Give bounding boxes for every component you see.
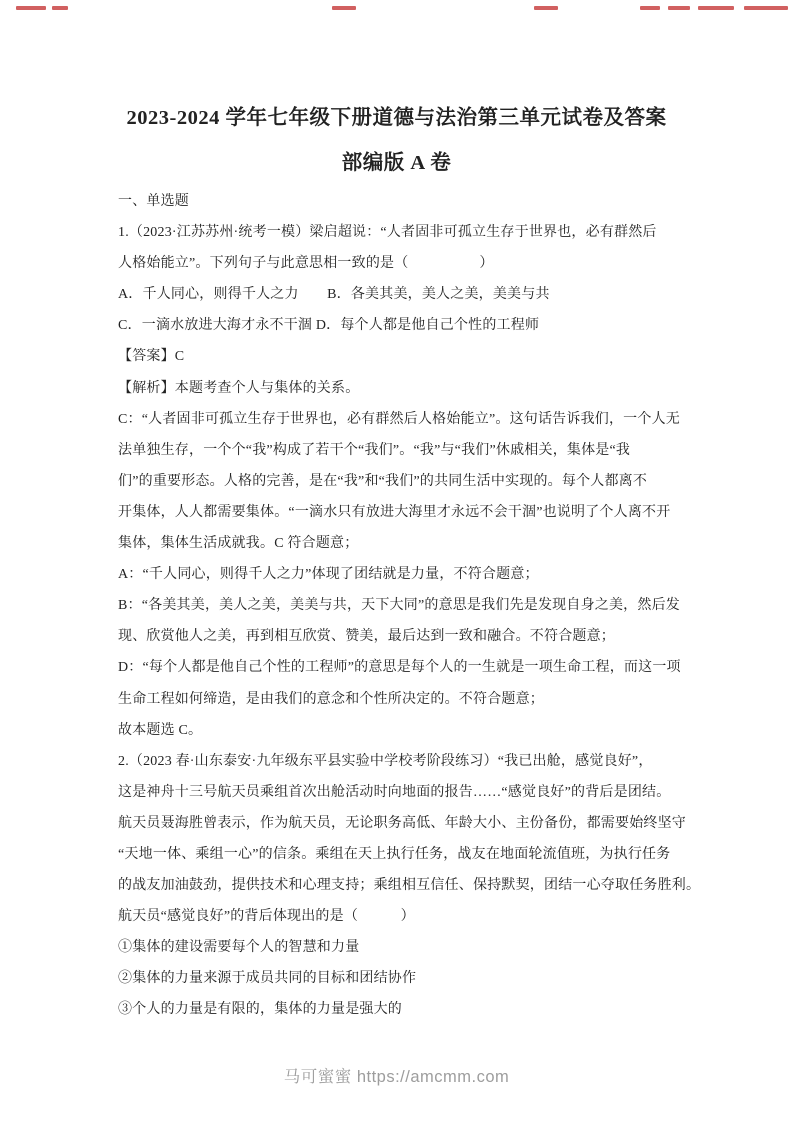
section-heading: 一、单选题 xyxy=(118,186,684,217)
q2-item-3: ③个人的力量是有限的，集体的力量是强大的 xyxy=(118,994,684,1025)
q1-analysis-d-line-2: 生命工程如何缔造，是由我们的意念和个性所决定的。不符合题意； xyxy=(118,684,684,715)
q1-analysis-b-line-1: B：“各美其美，美人之美，美美与共，天下大同”的意思是我们先是发现自身之美，然后… xyxy=(118,590,684,621)
red-crop-mark xyxy=(332,6,356,10)
q1-analysis-c-line-2: 法单独生存，一个个“我”构成了若干个“我们”。“我”与“我们”休戚相关，集体是“… xyxy=(118,435,684,466)
q1-analysis-c-line-1: C：“人者固非可孤立生存于世界也，必有群然后人格始能立”。这句话告诉我们，一个人… xyxy=(118,404,684,435)
q2-stem-line-4: “天地一体、乘组一心”的信条。乘组在天上执行任务，战友在地面轮流值班，为执行任务 xyxy=(118,839,684,870)
red-crop-mark xyxy=(698,6,734,10)
red-crop-mark xyxy=(52,6,68,10)
q2-stem-line-3: 航天员聂海胜曾表示，作为航天员，无论职务高低、年龄大小、主份备份，都需要始终坚守 xyxy=(118,808,684,839)
q2-stem-line-1: 2.（2023 春·山东泰安·九年级东平县实验中学校考阶段练习）“我已出舱，感觉… xyxy=(118,746,684,777)
q2-stem-line-5: 的战友加油鼓劲，提供技术和心理支持；乘组相互信任、保持默契，团结一心夺取任务胜利… xyxy=(118,870,684,901)
red-crop-mark xyxy=(640,6,660,10)
q1-answer: 【答案】C xyxy=(118,341,684,372)
q1-analysis-d-line-1: D：“每个人都是他自己个性的工程师”的意思是每个人的一生就是一项生命工程，而这一… xyxy=(118,652,684,683)
paper-body: 一、单选题 1.（2023·江苏苏州·统考一模）梁启超说：“人者固非可孤立生存于… xyxy=(118,186,684,1026)
q1-conclusion: 故本题选 C。 xyxy=(118,715,684,746)
q1-analysis-c-line-4: 开集体，人人都需要集体。“一滴水只有放进大海里才永远不会干涸”也说明了个人离不开 xyxy=(118,497,684,528)
q2-item-1: ①集体的建设需要每个人的智慧和力量 xyxy=(118,932,684,963)
q2-stem-line-6: 航天员“感觉良好”的背后体现出的是（ ） xyxy=(118,901,684,932)
q1-analysis-c-line-5: 集体，集体生活成就我。C 符合题意； xyxy=(118,528,684,559)
q2-stem-line-2: 这是神舟十三号航天员乘组首次出舱活动时向地面的报告……“感觉良好”的背后是团结。 xyxy=(118,777,684,808)
q1-analysis-intro: 【解析】本题考查个人与集体的关系。 xyxy=(118,373,684,404)
q1-stem-line-1: 1.（2023·江苏苏州·统考一模）梁启超说：“人者固非可孤立生存于世界也，必有… xyxy=(118,217,684,248)
watermark-footer: 马可蜜蜜 https://amcmm.com xyxy=(0,1063,793,1087)
q1-analysis-b-line-2: 现、欣赏他人之美，再到相互欣赏、赞美，最后达到一致和融合。不符合题意； xyxy=(118,621,684,652)
red-crop-mark xyxy=(668,6,690,10)
red-crop-mark xyxy=(744,6,788,10)
paper-title-line-2: 部编版 A 卷 xyxy=(0,141,793,186)
q1-analysis-c-line-3: 们”的重要形态。人格的完善，是在“我”和“我们”的共同生活中实现的。每个人都离不 xyxy=(118,466,684,497)
q1-options-ab: A．千人同心，则得千人之力 B．各美其美，美人之美，美美与共 xyxy=(118,279,684,310)
q1-analysis-a: A：“千人同心，则得千人之力”体现了团结就是力量，不符合题意； xyxy=(118,559,684,590)
paper-title-line-1: 2023-2024 学年七年级下册道德与法治第三单元试卷及答案 xyxy=(0,96,793,141)
q2-item-2: ②集体的力量来源于成员共同的目标和团结协作 xyxy=(118,963,684,994)
paper-title-block: 2023-2024 学年七年级下册道德与法治第三单元试卷及答案 部编版 A 卷 xyxy=(0,96,793,186)
q1-stem-line-2: 人格始能立”。下列句子与此意思相一致的是（ ） xyxy=(118,248,684,279)
red-crop-mark xyxy=(16,6,46,10)
document-page: 2023-2024 学年七年级下册道德与法治第三单元试卷及答案 部编版 A 卷 … xyxy=(0,0,793,1122)
q1-options-cd: C．一滴水放进大海才永不干涸 D．每个人都是他自己个性的工程师 xyxy=(118,310,684,341)
red-crop-mark xyxy=(534,6,558,10)
